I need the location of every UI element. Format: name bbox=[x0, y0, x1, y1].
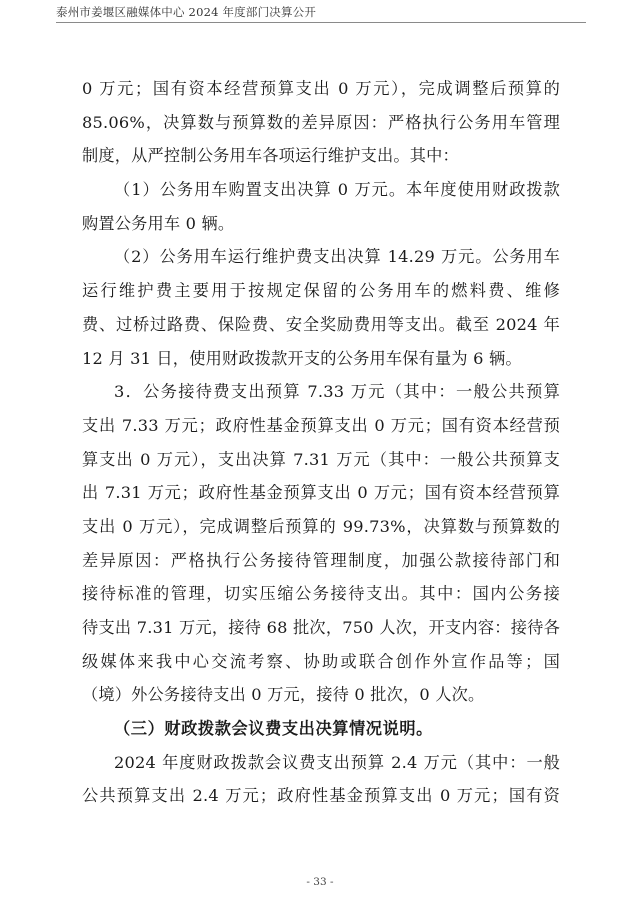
body-line: 0 万元；国有资本经营预算支出 0 万元），完成调整后预算的 bbox=[82, 72, 560, 106]
body-line-item-2: （2）公务用车运行维护费支出决算 14.29 万元。公务用车 bbox=[82, 240, 560, 274]
section-body-line: 公共预算支出 2.4 万元；政府性基金预算支出 0 万元；国有资 bbox=[82, 779, 560, 813]
body-line: 待支出 7.31 万元，接待 68 批次，750 人次，开支内容：接待各 bbox=[82, 611, 560, 645]
section-heading: （三）财政拨款会议费支出决算情况说明。 bbox=[82, 712, 560, 746]
body-line-item-3: 3．公务接待费支出预算 7.33 万元（其中：一般公共预算 bbox=[82, 375, 560, 409]
body-line: 支出 7.33 万元；政府性基金预算支出 0 万元；国有资本经营预 bbox=[82, 409, 560, 443]
page-header: 泰州市姜堰区融媒体中心 2024 年度部门决算公开 bbox=[56, 5, 586, 23]
page-header-title: 泰州市姜堰区融媒体中心 2024 年度部门决算公开 bbox=[56, 5, 586, 19]
page-number: - 33 - bbox=[0, 876, 640, 888]
body-line-item-1: （1）公务用车购置支出决算 0 万元。本年度使用财政拨款 bbox=[82, 173, 560, 207]
body-line: 运行维护费主要用于按规定保留的公务用车的燃料费、维修 bbox=[82, 274, 560, 308]
body-line: 级媒体来我中心交流考察、协助或联合创作外宣作品等；国 bbox=[82, 645, 560, 679]
body-line: 85.06%，决算数与预算数的差异原因：严格执行公务用车管理 bbox=[82, 106, 560, 140]
body-line: 支出 0 万元），完成调整后预算的 99.73%，决算数与预算数的 bbox=[82, 510, 560, 544]
body-line: 费、过桥过路费、保险费、安全奖励费用等支出。截至 2024 年 bbox=[82, 308, 560, 342]
body-line: 差异原因：严格执行公务接待管理制度，加强公款接待部门和 bbox=[82, 544, 560, 578]
body-line: 制度，从严控制公务用车各项运行维护支出。其中： bbox=[82, 139, 560, 173]
body-line: 算支出 0 万元），支出决算 7.31 万元（其中：一般公共预算支 bbox=[82, 443, 560, 477]
body-line: （境）外公务接待支出 0 万元，接待 0 批次，0 人次。 bbox=[82, 678, 560, 712]
body-line: 接待标准的管理，切实压缩公务接待支出。其中：国内公务接 bbox=[82, 577, 560, 611]
document-body: 0 万元；国有资本经营预算支出 0 万元），完成调整后预算的 85.06%，决算… bbox=[82, 72, 560, 813]
body-line: 出 7.31 万元；政府性基金预算支出 0 万元；国有资本经营预算 bbox=[82, 476, 560, 510]
section-body-line: 2024 年度财政拨款会议费支出预算 2.4 万元（其中：一般 bbox=[82, 746, 560, 780]
body-line: 12 月 31 日，使用财政拨款开支的公务用车保有量为 6 辆。 bbox=[82, 342, 560, 376]
body-line: 购置公务用车 0 辆。 bbox=[82, 207, 560, 241]
